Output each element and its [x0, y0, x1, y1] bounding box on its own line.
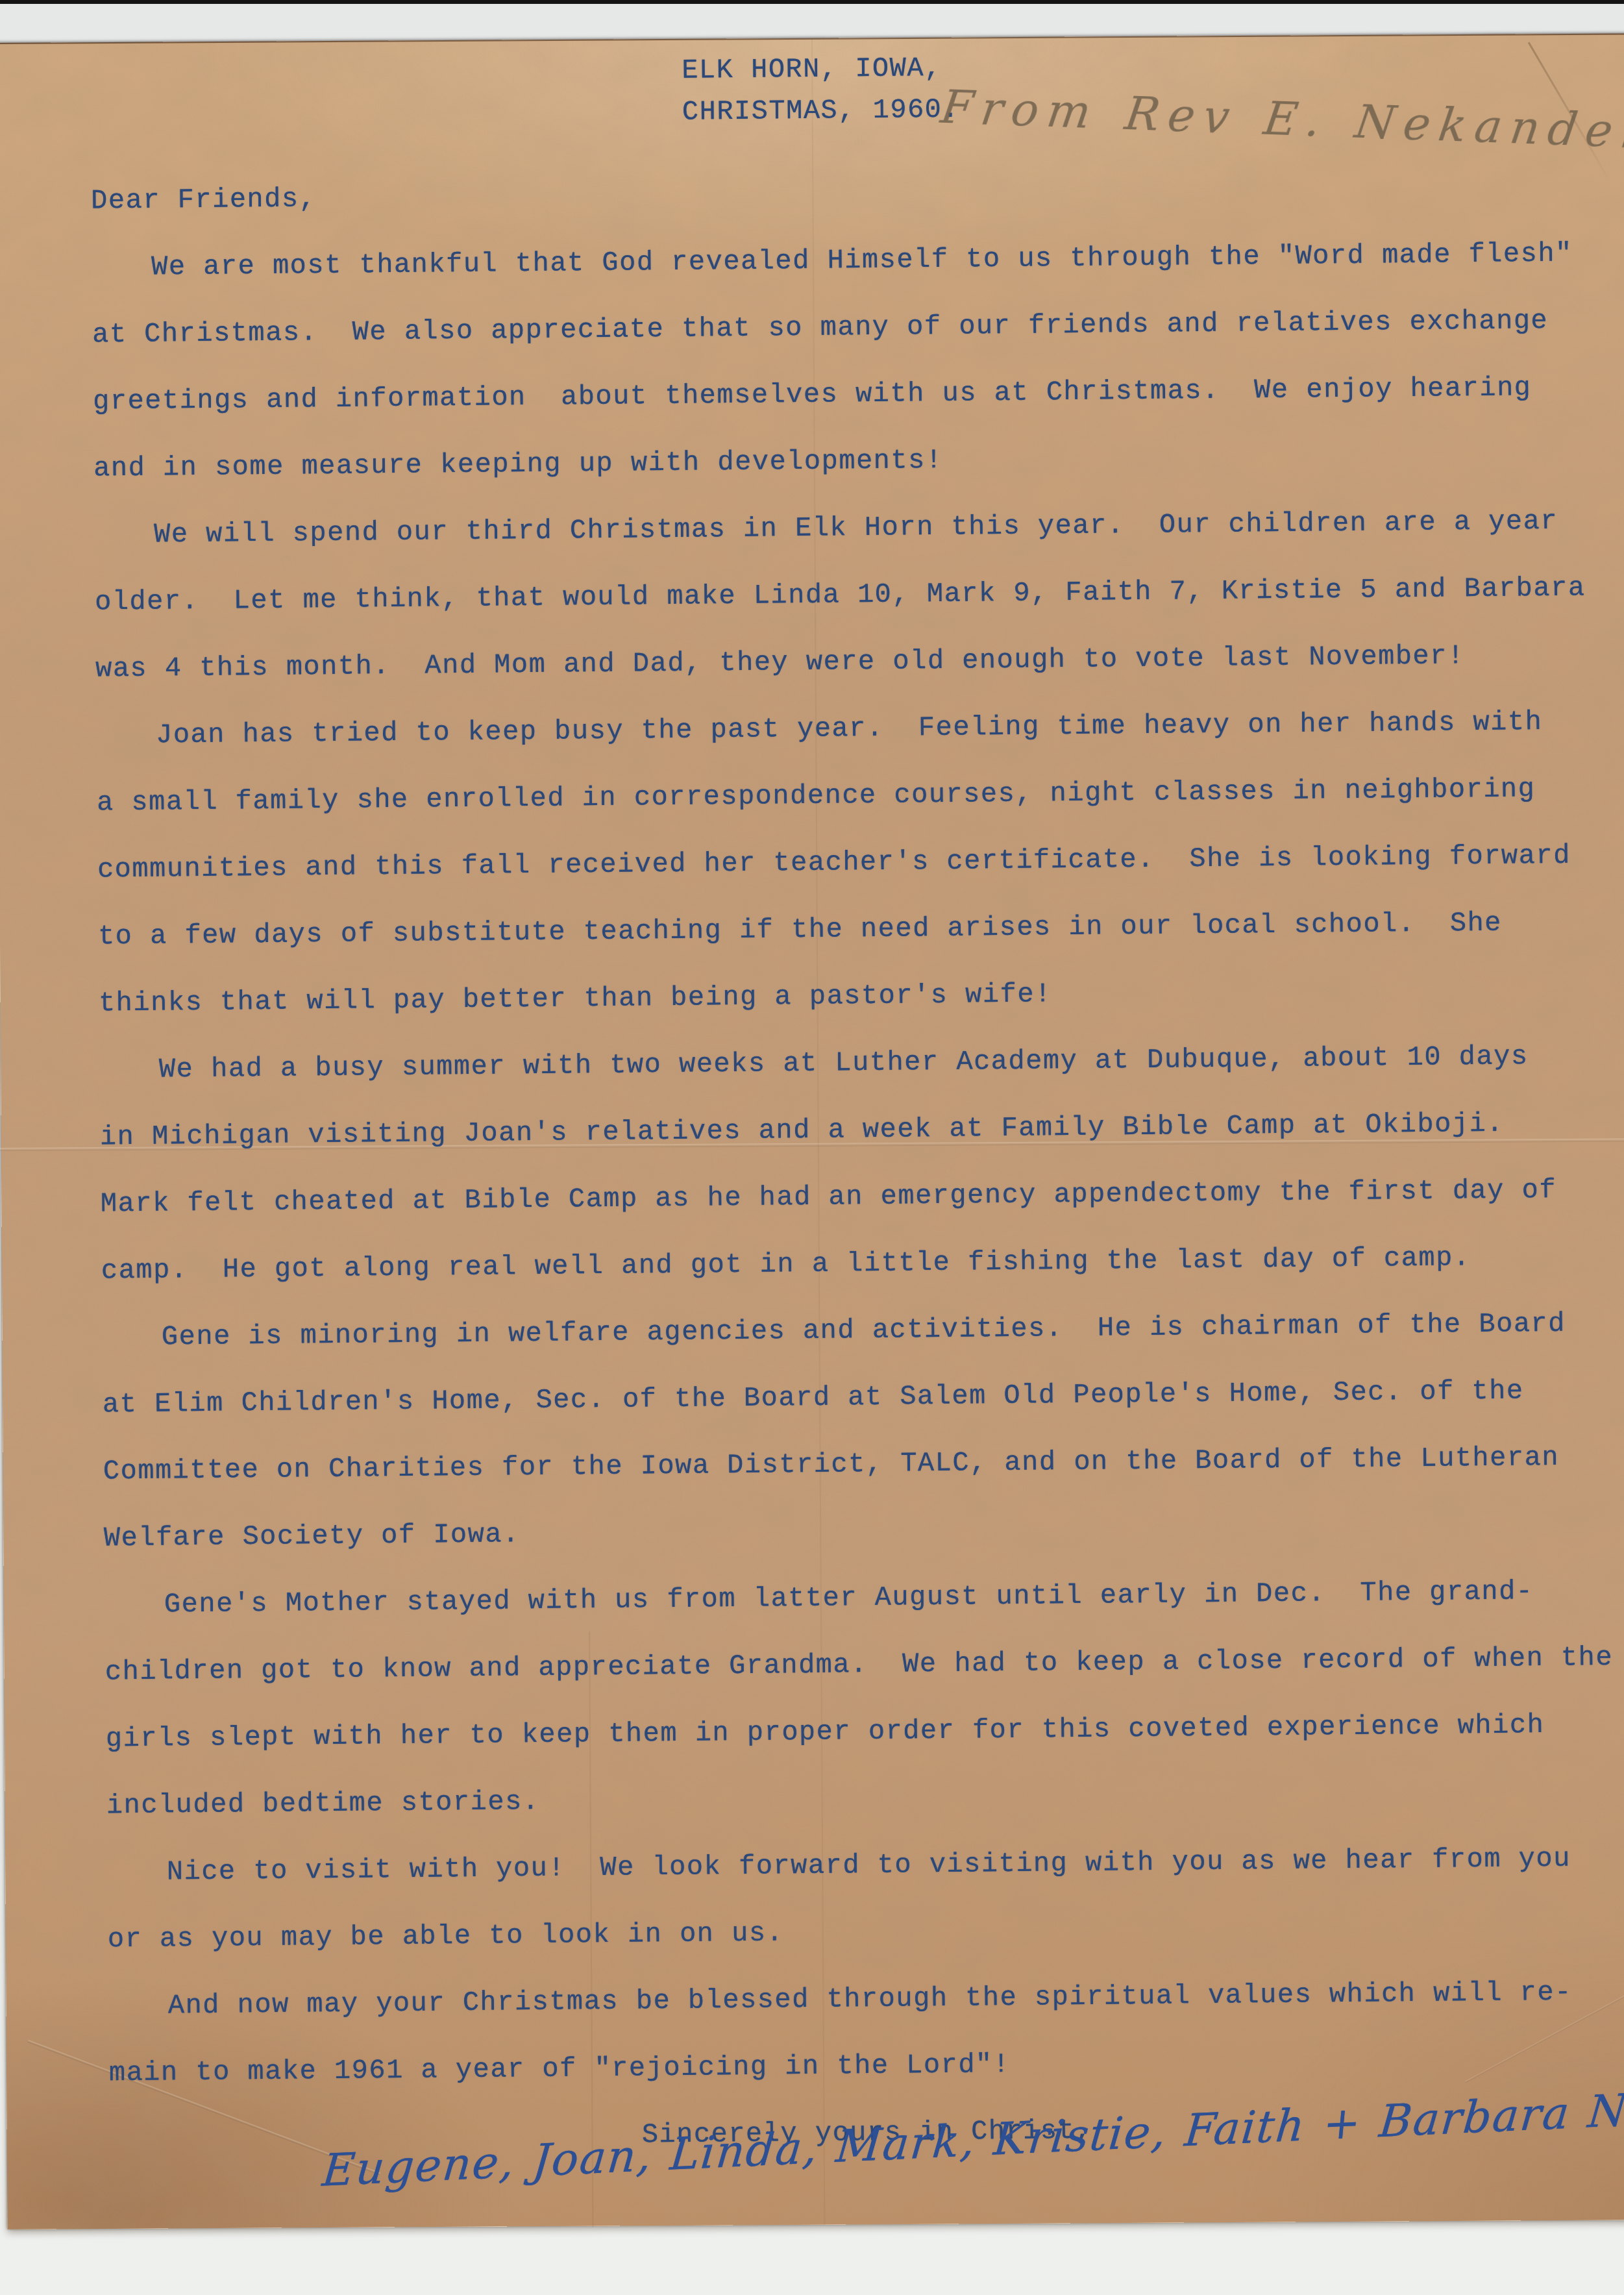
letter-body: Dear Friends,We are most thankful that G…: [91, 153, 1624, 2174]
letterhead-location: ELK HORN, IOWA,: [682, 53, 942, 86]
scan-edge-strip: [0, 0, 1624, 4]
scanned-letter-page: ELK HORN, IOWA,CHRISTMAS, 1960. From Rev…: [0, 0, 1624, 2295]
letterhead-date: CHRISTMAS, 1960.: [682, 94, 960, 128]
letter-content: ELK HORN, IOWA,CHRISTMAS, 1960. From Rev…: [0, 31, 1624, 2231]
letterhead: ELK HORN, IOWA,CHRISTMAS, 1960.: [682, 47, 959, 133]
paper-sheet: ELK HORN, IOWA,CHRISTMAS, 1960. From Rev…: [0, 33, 1624, 2229]
pencil-inscription: From Rev E. Nekander: [938, 81, 1624, 159]
